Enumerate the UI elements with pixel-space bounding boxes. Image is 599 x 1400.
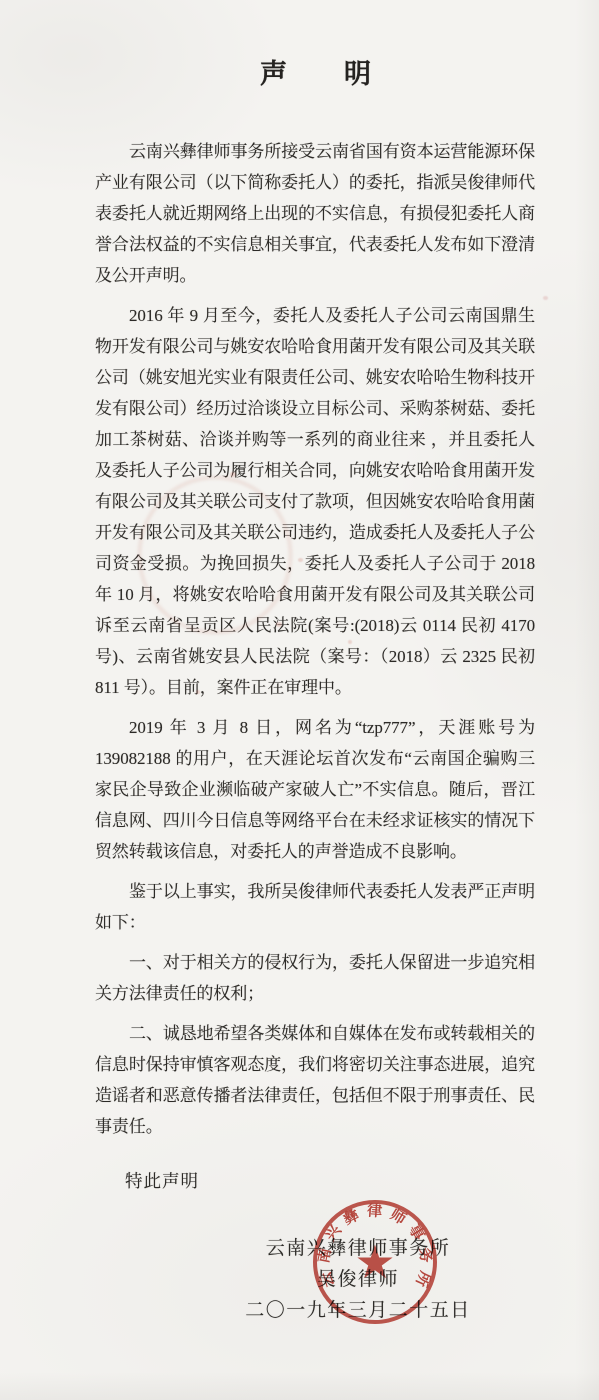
document-body: 云南兴彝律师事务所接受云南省国有资本运营能源环保产业有限公司（以下简称委托人）的… [95, 136, 535, 1142]
seal-speckle [276, 622, 282, 627]
seal-speckle [298, 558, 303, 562]
star-icon: ★ [354, 1237, 395, 1288]
seal-speckle [543, 296, 548, 300]
paragraph-item-1: 一、对于相关方的侵权行为，委托人保留进一步追究相关方法律责任的权利； [95, 947, 535, 1009]
seal-speckle [348, 640, 352, 644]
closing-statement: 特此声明 [125, 1168, 199, 1193]
faint-seal-imprint [138, 476, 292, 634]
paragraph-incident: 2019 年 3 月 8 日，网名为“tzp777”，天涯账号为 1390821… [95, 712, 535, 867]
paragraph-declaration-lead: 鉴于以上事实，我所吴俊律师代表委托人发表严正声明如下： [95, 876, 535, 938]
seal-speckle [196, 690, 200, 694]
paragraph-intro: 云南兴彝律师事务所接受云南省国有资本运营能源环保产业有限公司（以下简称委托人）的… [95, 136, 535, 291]
document-title: 声 明 [95, 52, 537, 91]
scanned-document-page: 声 明 云南兴彝律师事务所接受云南省国有资本运营能源环保产业有限公司（以下简称委… [0, 0, 599, 1400]
seal-speckle [230, 472, 236, 477]
law-firm-seal: 云南兴彝律师事务所 ★ [305, 1192, 445, 1332]
paragraph-item-2: 二、诚恳地希望各类媒体和自媒体在发布或转载相关的信息时保持审慎客观态度，我们将密… [95, 1018, 535, 1142]
